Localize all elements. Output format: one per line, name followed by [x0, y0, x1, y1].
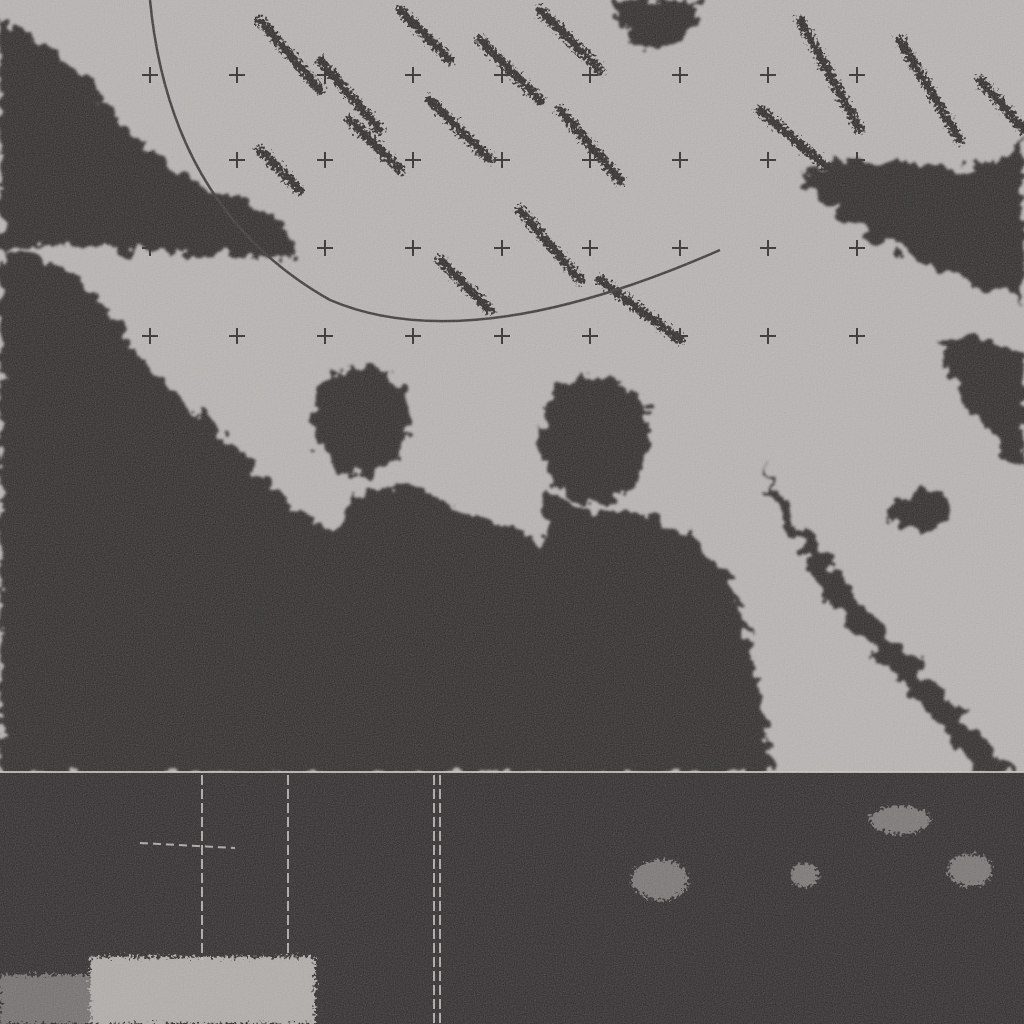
abstract-print: [0, 0, 1024, 1024]
artwork-canvas: [0, 0, 1024, 1024]
grain-overlay: [0, 0, 1024, 1024]
